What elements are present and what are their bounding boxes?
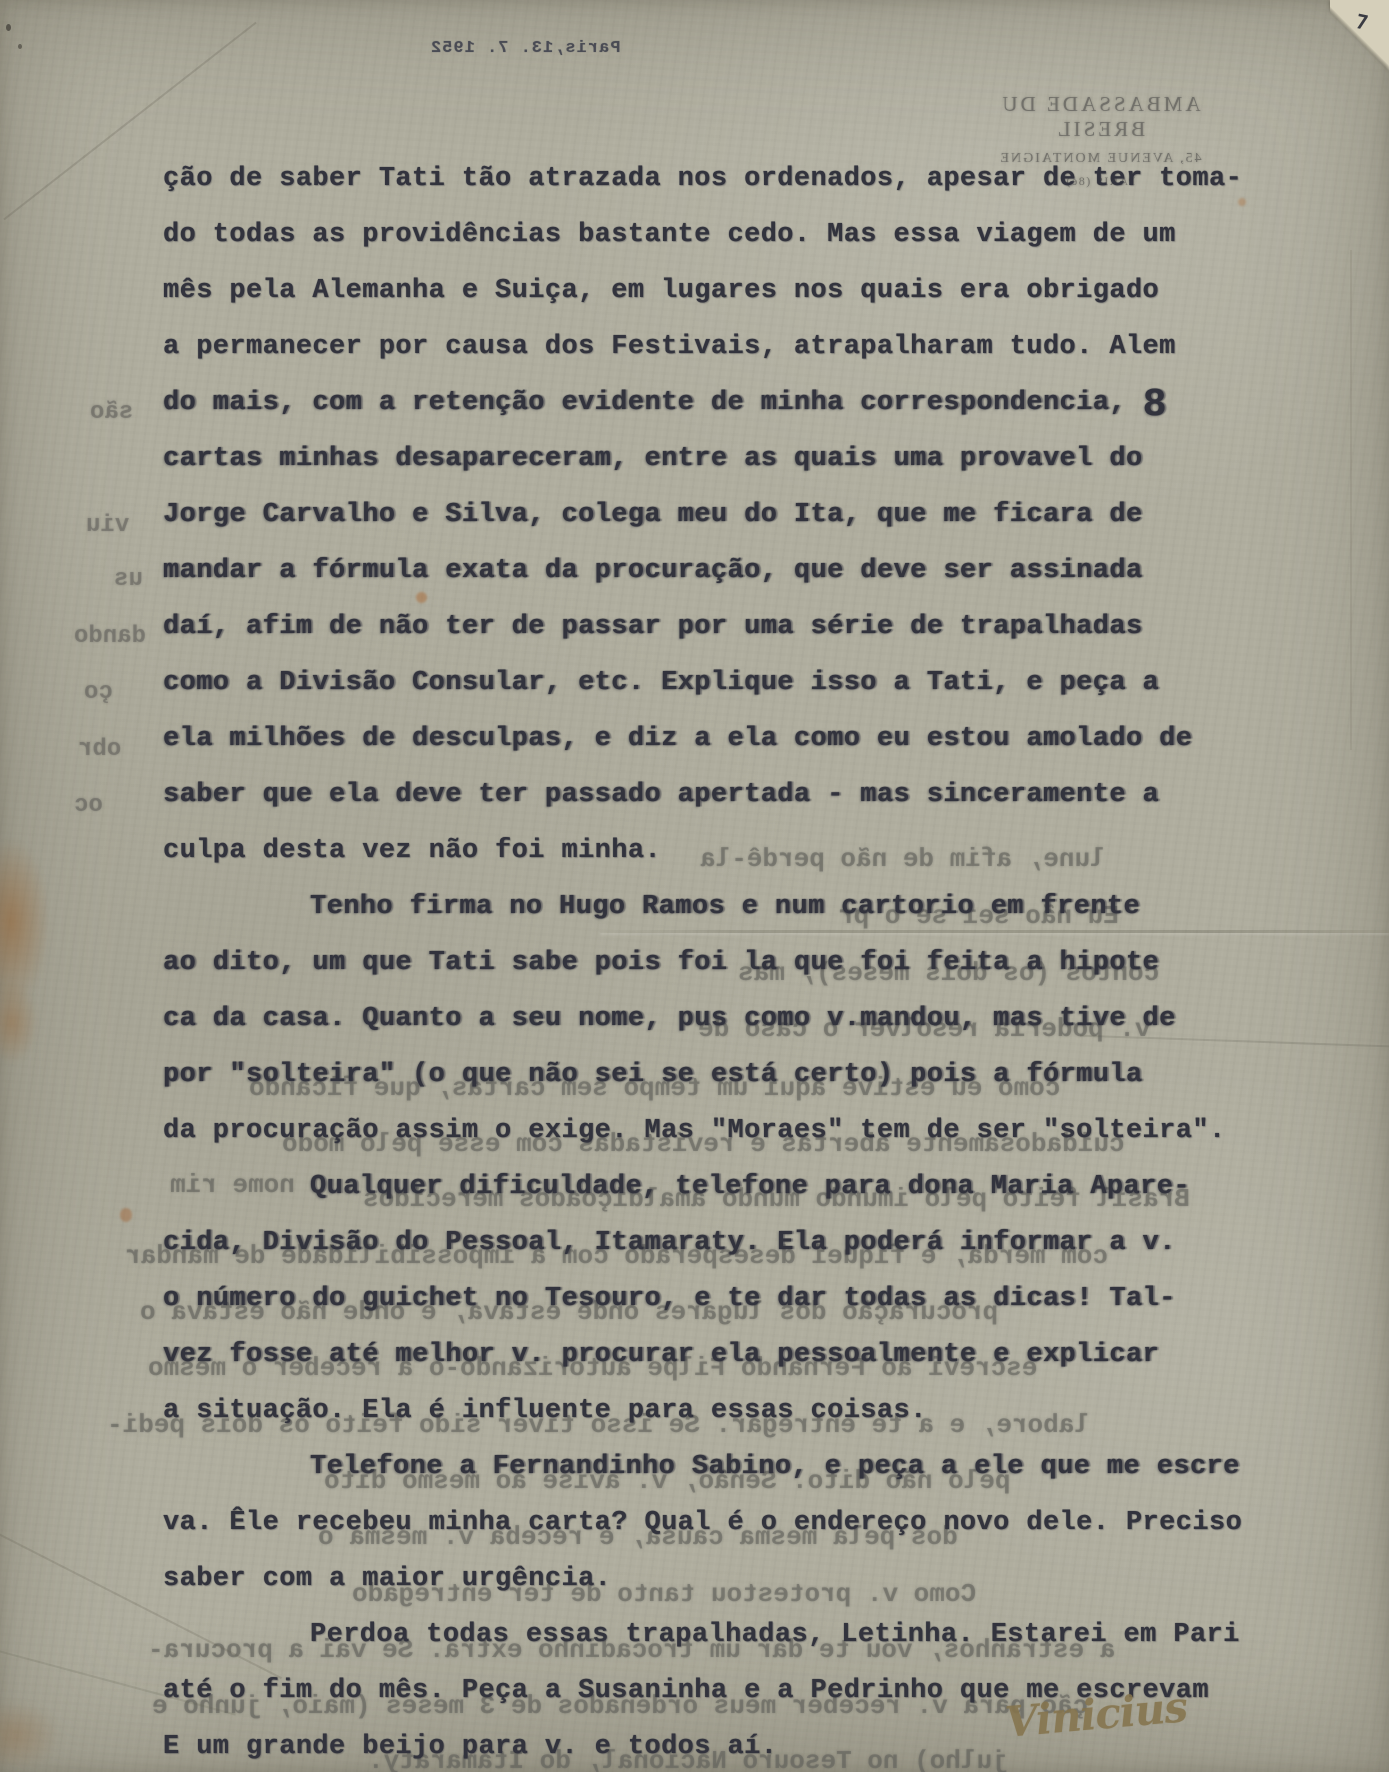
letter-line: ao dito, um que Tati sabe pois foi la qu… <box>163 950 1159 977</box>
letter-line: va. Êle recebeu minha carta? Qual é o en… <box>163 1510 1242 1537</box>
letter-line: saber com a maior urgência. <box>163 1566 611 1593</box>
verso-ghost-fragment: dando <box>74 625 146 649</box>
signature: Vinicius <box>1004 1686 1189 1744</box>
verso-ghost-line: nome rim <box>170 1172 295 1198</box>
verso-ghost-fragment: oc <box>74 794 103 818</box>
stain-dot-1 <box>416 592 427 603</box>
letter-line: cartas minhas desapareceram, entre as qu… <box>163 446 1143 473</box>
letter-line: daí, afim de não ter de passar por uma s… <box>163 614 1143 641</box>
speck-top-left-2 <box>18 44 22 49</box>
letter-line: a situação. Ela é influente para essas c… <box>163 1398 927 1425</box>
letter-line: Telefone a Fernandinho Sabino, e peça a … <box>310 1454 1240 1481</box>
letter-line: E um grande beijo para v. e todos aí. <box>163 1734 777 1761</box>
speck-top-left-1 <box>6 24 11 31</box>
verso-date: Paris,13. 7. 1952 <box>430 40 620 57</box>
stain-bottom-left <box>0 1700 60 1770</box>
large-typed-numeral: 8 <box>1143 383 1167 428</box>
letter-line: Jorge Carvalho e Silva, colega meu do It… <box>163 502 1143 529</box>
verso-ghost-fragment: obr <box>78 738 121 762</box>
letter-line: ca da casa. Quanto a seu nome, pus como … <box>163 1006 1176 1033</box>
letter-line: da procuração assim o exige. Mas "Moraes… <box>163 1118 1226 1145</box>
crease-horizontal <box>600 930 1389 933</box>
verso-ghost-fragment: viu <box>86 514 129 538</box>
letter-line: Qualquer dificuldade, telefone para dona… <box>310 1174 1190 1201</box>
letter-line: Tenho firma no Hugo Ramos e num cartorio… <box>310 894 1140 921</box>
stain-dot-3 <box>1238 198 1246 206</box>
letter-line: ção de saber Tati tão atrazada nos orden… <box>163 166 1242 193</box>
letter-line: como a Divisão Consular, etc. Explique i… <box>163 670 1159 697</box>
verso-ghost-line: lune, afim de não perdê-la <box>700 846 1106 872</box>
letter-line: por "solteira" (o que não sei se está ce… <box>163 1062 1143 1089</box>
letter-line: cida, Divisão do Pessoal, Itamaraty. Ela… <box>163 1230 1176 1257</box>
verso-ghost-fragment: são <box>90 401 133 425</box>
letter-line: saber que ela deve ter passado apertada … <box>163 782 1159 809</box>
letter-line: ela milhões de desculpas, e diz a ela co… <box>163 726 1192 753</box>
letter-line: a permanecer por causa dos Festivais, at… <box>163 334 1176 361</box>
stain-left-small <box>0 980 38 1064</box>
letter-line: Perdoa todas essas trapalhadas, Letinha.… <box>310 1622 1240 1649</box>
stain-dot-2 <box>120 1208 132 1222</box>
letter-page: Paris,13. 7. 1952 AMBASSADE DU BRESIL 45… <box>0 0 1389 1772</box>
letter-line: vez fosse até melhor v. procurar ela pes… <box>163 1342 1159 1369</box>
letter-line: do todas as providências bastante cedo. … <box>163 222 1176 249</box>
crease-bottom-left-1 <box>0 1523 282 1679</box>
crease-right-vertical <box>1350 250 1352 750</box>
letter-line: do mais, com a retenção evidente de minh… <box>163 390 1167 419</box>
letter-line: culpa desta vez não foi minha. <box>163 838 661 865</box>
verso-ghost-fragment: ço <box>84 681 113 705</box>
letterhead-line-1: AMBASSADE DU BRESIL <box>955 92 1245 142</box>
letter-line: o número do guichet no Tesouro, e te dar… <box>163 1286 1176 1313</box>
letter-line: mandar a fórmula exata da procuração, qu… <box>163 558 1143 585</box>
letter-line: mês pela Alemanha e Suiça, em lugares no… <box>163 278 1159 305</box>
verso-ghost-fragment: us <box>114 568 143 592</box>
